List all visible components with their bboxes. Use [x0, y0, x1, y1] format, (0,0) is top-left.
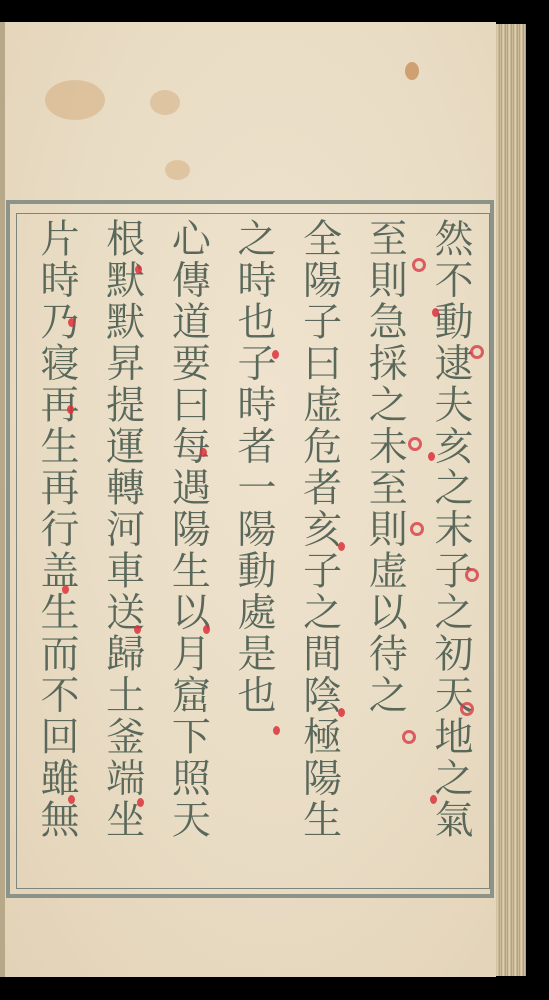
- paper-stain: [45, 80, 105, 120]
- red-punctuation-dot: [272, 350, 279, 359]
- text-column-1: 然不動逮夫亥之末子之初天地之氣: [420, 218, 480, 886]
- red-punctuation-dot: [62, 585, 69, 594]
- red-punctuation-circle: [465, 568, 479, 582]
- text-column-5: 心傳道要曰每遇陽生以月窟下照天: [157, 218, 217, 886]
- red-punctuation-circle: [412, 258, 426, 272]
- red-punctuation-circle: [408, 437, 422, 451]
- paper-stain: [150, 90, 180, 115]
- red-punctuation-circle: [460, 702, 474, 716]
- stacked-page-edges: [496, 24, 526, 976]
- red-punctuation-dot: [203, 625, 210, 634]
- page-left-edge: [0, 22, 5, 977]
- red-punctuation-dot: [135, 265, 142, 274]
- red-punctuation-circle: [470, 345, 484, 359]
- red-punctuation-dot: [273, 726, 280, 735]
- red-punctuation-dot: [428, 452, 435, 461]
- red-punctuation-dot: [200, 448, 207, 457]
- red-punctuation-dot: [67, 405, 74, 414]
- paper-stain: [165, 160, 190, 180]
- red-punctuation-dot: [137, 798, 144, 807]
- text-column-2: 至則急採之未至則虚以待之: [354, 218, 414, 886]
- red-punctuation-dot: [338, 708, 345, 717]
- text-column-6: 根默默昇提運轉河車送歸土釜端坐: [92, 218, 152, 886]
- text-column-3: 全陽子曰虚危者亥子之間陰極陽生: [289, 218, 349, 886]
- text-column-4: 之時也子時者一陽動處是也: [223, 218, 283, 886]
- red-punctuation-circle: [410, 522, 424, 536]
- red-punctuation-dot: [430, 795, 437, 804]
- text-column-7: 片時乃寝再生再行盖生而不回雖無: [26, 218, 86, 886]
- red-punctuation-dot: [432, 308, 439, 317]
- red-punctuation-dot: [134, 625, 141, 634]
- paper-stain: [405, 62, 419, 80]
- text-columns: 然不動逮夫亥之末子之初天地之氣 至則急採之未至則虚以待之 全陽子曰虚危者亥子之間…: [18, 218, 488, 886]
- red-punctuation-circle: [402, 730, 416, 744]
- red-punctuation-dot: [68, 795, 75, 804]
- red-punctuation-dot: [338, 542, 345, 551]
- red-punctuation-dot: [68, 318, 75, 327]
